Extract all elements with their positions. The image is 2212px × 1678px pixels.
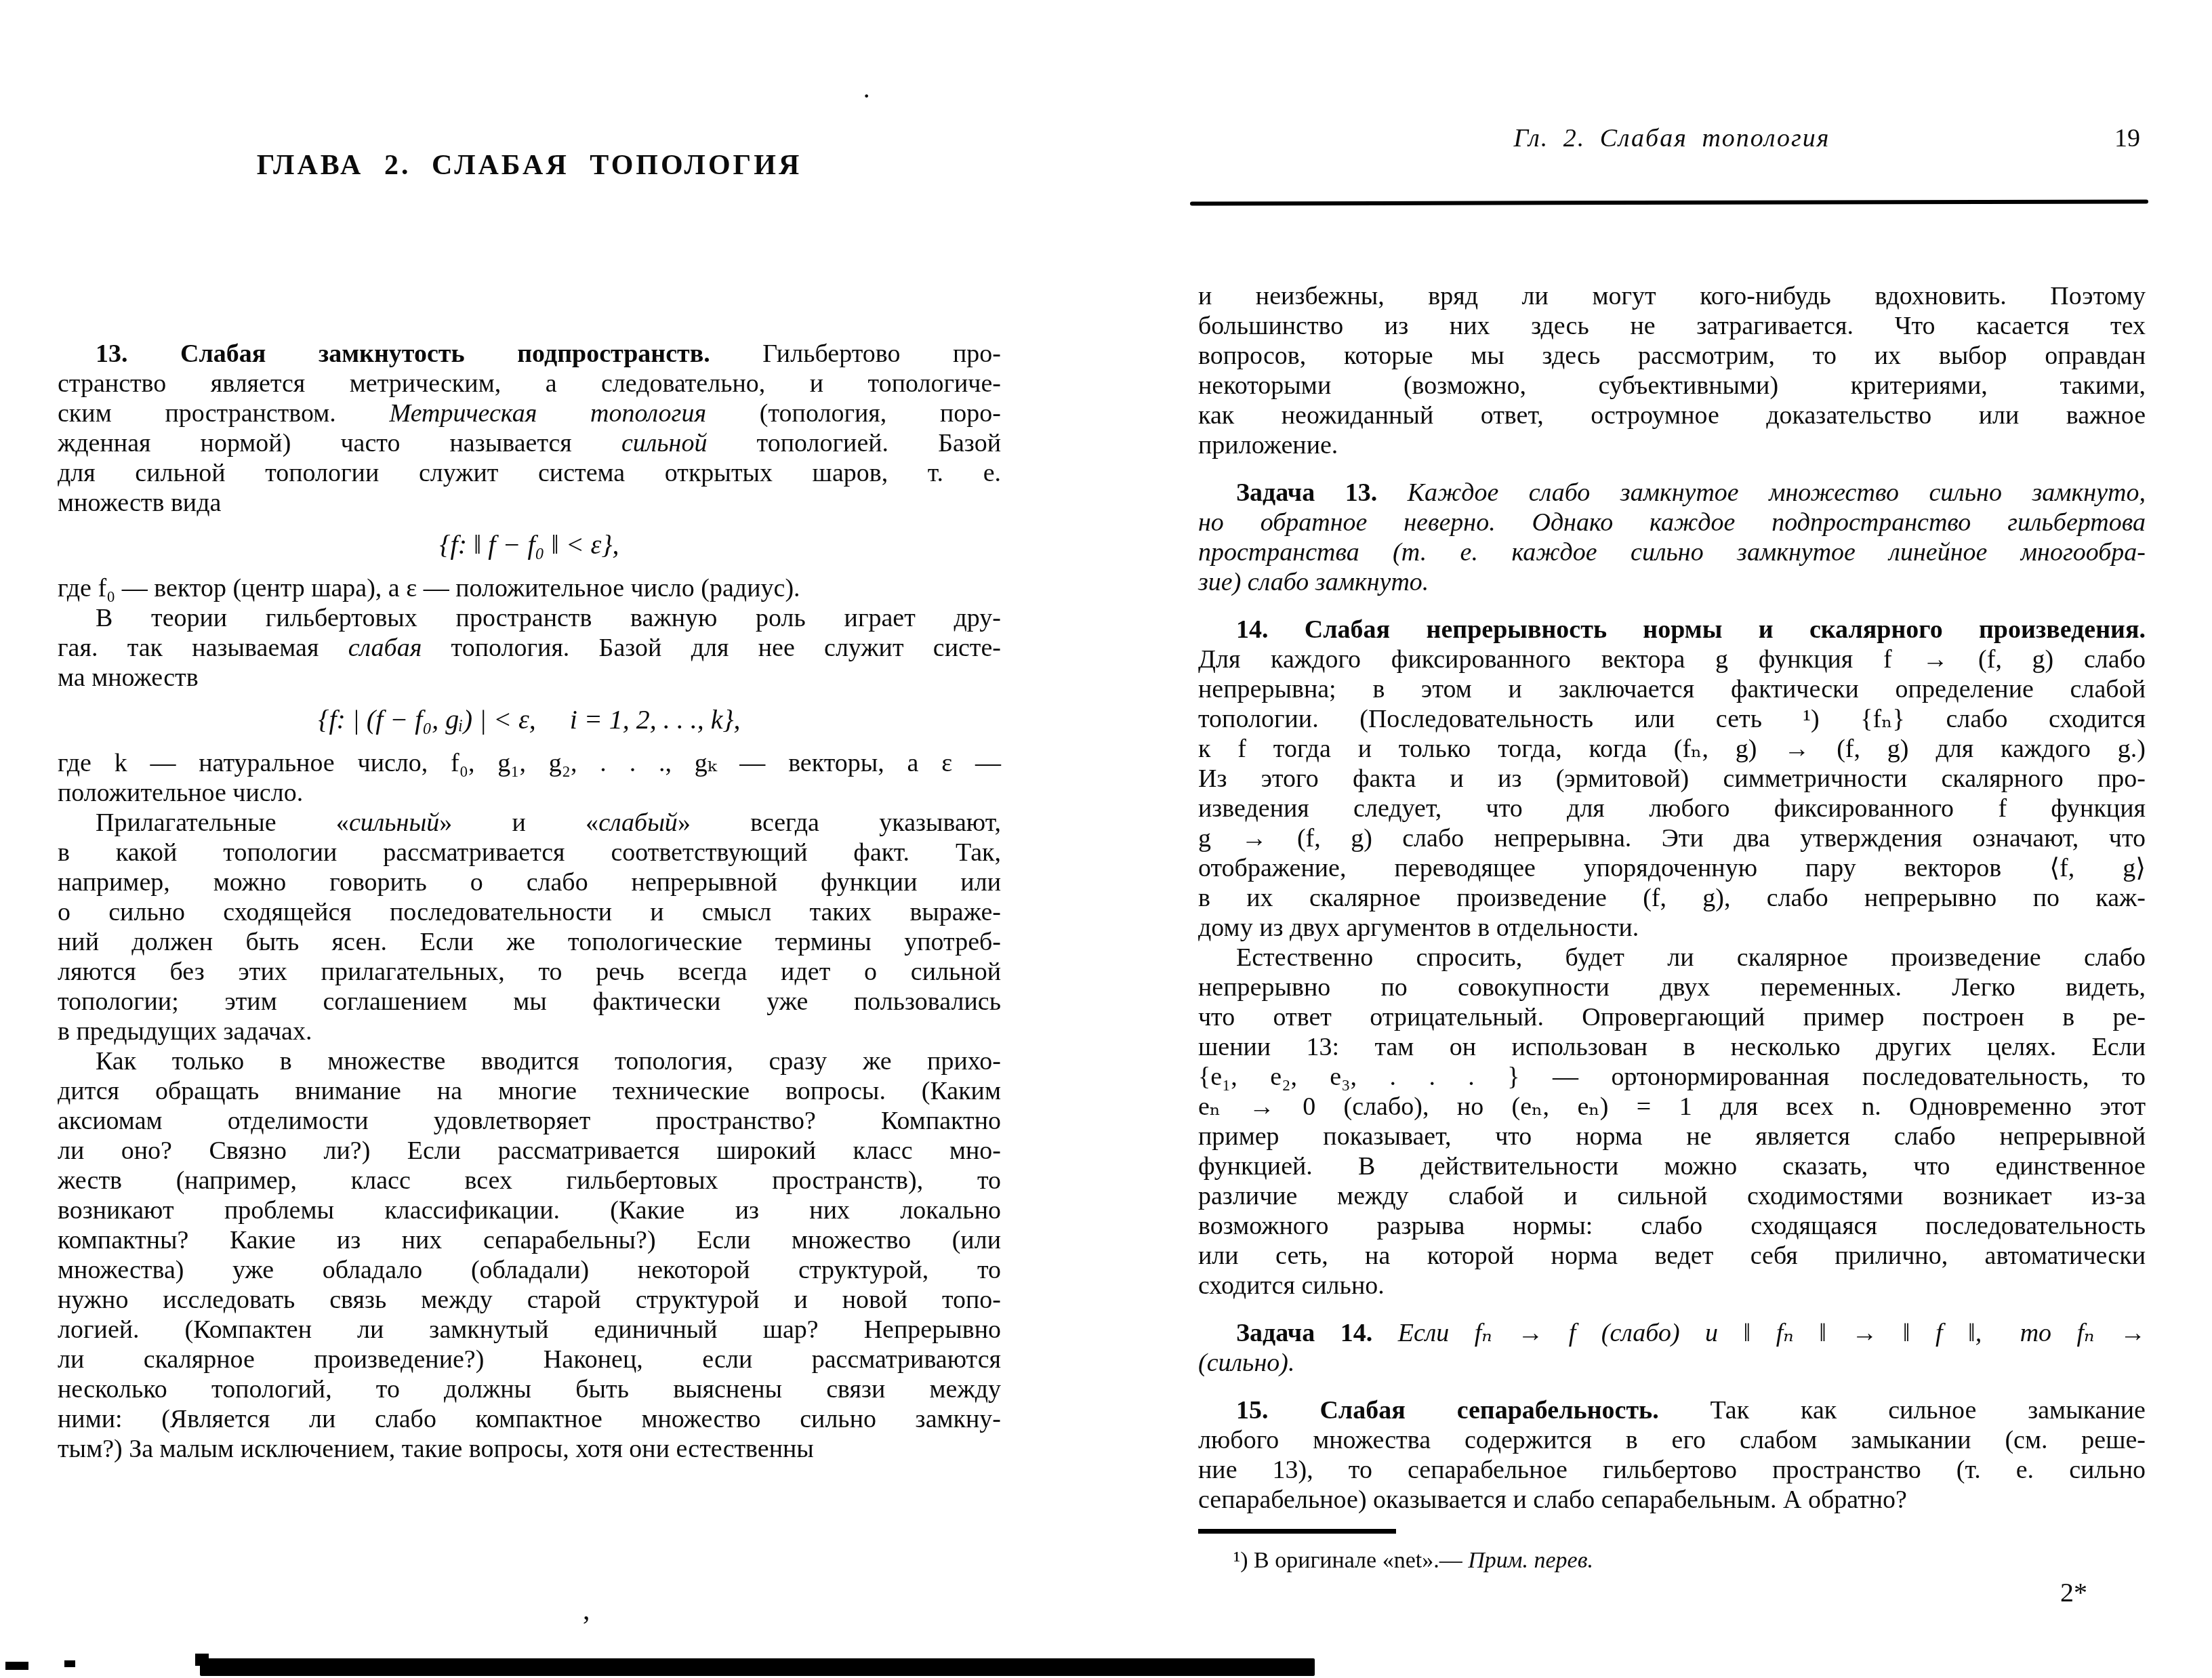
text-line: непрерывна; в этом и заключается фактиче… xyxy=(1198,674,2146,704)
scan-artifact-speck xyxy=(195,1654,209,1666)
text-line: ние 13), то сепарабельное гильбертово пр… xyxy=(1198,1455,2146,1485)
running-head-title: Гл. 2. Слабая топология xyxy=(1198,123,2146,153)
text-run: » всегда указывают, xyxy=(678,809,1001,837)
text-run: Метрическая топология xyxy=(390,399,707,428)
text-line: eₙ → 0 (слабо), но (eₙ, eₙ) = 1 для всех… xyxy=(1198,1092,2146,1122)
text-line: и неизбежны, вряд ли могут кого-нибудь в… xyxy=(1198,281,2146,311)
text-line: где f₀ — вектор (центр шара), а ε — поло… xyxy=(58,573,1001,603)
text-line: функцией. В действительности можно сказа… xyxy=(1198,1151,2146,1181)
text-run: сильной xyxy=(621,429,708,457)
text-line: изведения следует, что для любого фиксир… xyxy=(1198,794,2146,823)
text-line: ний должен быть ясен. Если же топологиче… xyxy=(58,927,1001,957)
book-spread: { "right_page_header": { "title": "Гл. 2… xyxy=(0,0,2212,1678)
text-run: Прилагательные « xyxy=(96,809,349,837)
text-line: Прилагательные «сильный» и «слабый» всег… xyxy=(58,808,1001,838)
text-run: зие) слабо замкнуто. xyxy=(1198,568,1429,596)
left-page: ГЛАВА 2. СЛАБАЯ ТОПОЛОГИЯ13. Слабая замк… xyxy=(58,0,1001,1464)
text-run: Если fₙ → f (слабо) и ‖ fₙ ‖ → ‖ f ‖, то… xyxy=(1372,1319,2146,1347)
text-line: пространства (т. е. каждое сильно замкну… xyxy=(1198,537,2146,567)
text-run: » и « xyxy=(439,809,598,837)
text-line: жеств (например, класс всех гильбертовых… xyxy=(58,1166,1001,1195)
text-line: шении 13: там он использован в несколько… xyxy=(1198,1032,2146,1062)
text-run: Гильбертово про- xyxy=(710,340,1001,368)
text-line: 15. Слабая сепарабельность. Так как силь… xyxy=(1198,1395,2146,1425)
text-line: сепарабельное) оказывается и слабо сепар… xyxy=(1198,1485,2146,1515)
text-run: 15. Слабая сепарабельность. xyxy=(1236,1396,1659,1425)
scan-artifact-speck xyxy=(64,1660,75,1667)
text-line: аксиомам отделимости удовлетворяет прост… xyxy=(58,1106,1001,1136)
text-line: для сильной топологии служит система отк… xyxy=(58,458,1001,488)
text-line: что ответ отрицательный. Опровергающий п… xyxy=(1198,1002,2146,1032)
text-run: слабая xyxy=(348,634,422,662)
paragraph-gap xyxy=(1198,1301,2146,1318)
text-run: но обратное неверно. Однако каждое подпр… xyxy=(1198,508,2146,537)
text-line: ма множеств xyxy=(58,663,1001,693)
right-page: и неизбежны, вряд ли могут кого-нибудь в… xyxy=(1198,281,2146,1515)
text-line: ским пространством. Метрическая топологи… xyxy=(58,398,1001,428)
text-line: зие) слабо замкнуто. xyxy=(1198,567,2146,597)
text-line: В теории гильбертовых пространств важную… xyxy=(58,603,1001,633)
running-head: Гл. 2. Слабая топология 19 xyxy=(1198,123,2146,157)
text-line: вопросов, которые мы здесь рассмотрим, т… xyxy=(1198,341,2146,371)
text-run: слабый xyxy=(598,809,678,837)
paragraph-gap xyxy=(1198,460,2146,478)
text-line: пример показывает, что норма не является… xyxy=(1198,1122,2146,1151)
text-line: множества) уже обладало (обладали) некот… xyxy=(58,1255,1001,1285)
text-line: Задача 13. Каждое слабо замкнутое множес… xyxy=(1198,478,2146,508)
scan-artifact-mark: · xyxy=(862,80,871,112)
math-formula: {f: | (f − f₀, gᵢ) | < ε, i = 1, 2, . . … xyxy=(58,699,1001,740)
text-run: Задача 14. xyxy=(1236,1319,1372,1347)
scan-artifact-bar xyxy=(200,1658,1315,1676)
text-line: где k — натуральное число, f₀, g₁, g₂, .… xyxy=(58,748,1001,778)
text-line: Задача 14. Если fₙ → f (слабо) и ‖ fₙ ‖ … xyxy=(1198,1318,2146,1348)
text-line: любого множества содержится в его слабом… xyxy=(1198,1425,2146,1455)
text-run: Задача 13. xyxy=(1236,478,1377,507)
text-line: отображение, переводящее упорядоченную п… xyxy=(1198,853,2146,883)
text-line: приложение. xyxy=(1198,430,2146,460)
text-line: сходится сильно. xyxy=(1198,1271,2146,1301)
text-run: пространства (т. е. каждое сильно замкну… xyxy=(1198,538,2146,567)
text-line: 14. Слабая непрерывность нормы и скалярн… xyxy=(1198,615,2146,644)
text-line: в их скалярное произведение (f, g), слаб… xyxy=(1198,883,2146,913)
scan-artifact-mark: , xyxy=(583,1594,590,1626)
text-run: 13. Слабая замкнутость подпространств. xyxy=(96,340,710,368)
running-head-rule xyxy=(1190,200,2148,206)
text-line: непрерывно по совокупности двух переменн… xyxy=(1198,973,2146,1002)
text-line: о сильно сходящейся последовательности и… xyxy=(58,897,1001,927)
text-line: 13. Слабая замкнутость подпространств. Г… xyxy=(58,339,1001,369)
text-line: ли скалярное произведение?) Наконец, есл… xyxy=(58,1345,1001,1374)
text-line: странство является метрическим, а следов… xyxy=(58,369,1001,398)
text-run: 14. Слабая непрерывность нормы и скалярн… xyxy=(1236,615,2146,644)
text-line: как неожиданный ответ, остроумное доказа… xyxy=(1198,401,2146,430)
footnote: ¹) В оригинале «net».— Прим. перев. xyxy=(1198,1547,2146,1575)
text-line: например, можно говорить о слабо непреры… xyxy=(58,867,1001,897)
page-number: 19 xyxy=(2114,123,2140,153)
text-line: положительное число. xyxy=(58,778,1001,808)
text-line: гая. так называемая слабая топология. Ба… xyxy=(58,633,1001,663)
text-run: (сильно). xyxy=(1198,1349,1294,1377)
text-line: логией. (Компактен ли замкнутый единичны… xyxy=(58,1315,1001,1345)
text-line: нужно исследовать связь между старой стр… xyxy=(58,1285,1001,1315)
text-line: или сеть, на которой норма ведет себя пр… xyxy=(1198,1241,2146,1271)
text-line: некоторыми (возможно, субъективными) кри… xyxy=(1198,371,2146,401)
text-line: большинство из них здесь не затрагиваетс… xyxy=(1198,311,2146,341)
text-line: в предыдущих задачах. xyxy=(58,1017,1001,1046)
footnote-rule xyxy=(1198,1529,1396,1534)
text-line: Из этого факта и из (эрмитовой) симметри… xyxy=(1198,764,2146,794)
text-line: {e₁, e₂, e₃, . . . } — ортонормированная… xyxy=(1198,1062,2146,1092)
text-run: Прим. перев. xyxy=(1468,1548,1593,1573)
scan-artifact-speck xyxy=(5,1662,28,1670)
text-line: жденная нормой) часто называется сильной… xyxy=(58,428,1001,458)
text-run: гая. так называемая xyxy=(58,634,348,662)
text-run: сильный xyxy=(349,809,439,837)
text-run: жденная нормой) часто называется xyxy=(58,429,621,457)
text-line: Для каждого фиксированного вектора g фун… xyxy=(1198,644,2146,674)
text-line: возникают проблемы классификации. (Какие… xyxy=(58,1195,1001,1225)
text-line: топологии. (Последовательность или сеть … xyxy=(1198,704,2146,734)
paragraph-gap xyxy=(1198,1378,2146,1395)
text-line: топологии; этим соглашением мы фактическ… xyxy=(58,987,1001,1017)
text-run: Так как сильное замыкание xyxy=(1659,1396,2146,1425)
paragraph-gap xyxy=(1198,597,2146,615)
text-line: дится обращать внимание на многие технич… xyxy=(58,1076,1001,1106)
text-line: компактны? Какие из них сепарабельны?) Е… xyxy=(58,1225,1001,1255)
text-line: к f тогда и только тогда, когда (fₙ, g) … xyxy=(1198,734,2146,764)
text-run: (топология, поро- xyxy=(706,399,1001,428)
text-line: дому из двух аргументов в отдельности. xyxy=(1198,913,2146,943)
text-run: топологией. Базой xyxy=(707,429,1001,457)
text-line: несколько топологий, то должны быть выяс… xyxy=(58,1374,1001,1404)
text-line: ли оно? Связно ли?) Если рассматривается… xyxy=(58,1136,1001,1166)
text-line: различие между слабой и сильной сходимос… xyxy=(1198,1181,2146,1211)
text-line: Как только в множестве вводится топологи… xyxy=(58,1046,1001,1076)
text-run: ¹) В оригинале «net».— xyxy=(1233,1548,1468,1573)
text-line: но обратное неверно. Однако каждое подпр… xyxy=(1198,508,2146,537)
text-line: в какой топологии рассматривается соотве… xyxy=(58,838,1001,867)
text-line: ляются без этих прилагательных, то речь … xyxy=(58,957,1001,987)
text-line: g → (f, g) слабо непрерывна. Эти два утв… xyxy=(1198,823,2146,853)
text-run: Каждое слабо замкнутое множество сильно … xyxy=(1377,478,2146,507)
text-line: Естественно спросить, будет ли скалярное… xyxy=(1198,943,2146,973)
text-line: тым?) За малым исключением, такие вопрос… xyxy=(58,1434,1001,1464)
chapter-title: ГЛАВА 2. СЛАБАЯ ТОПОЛОГИЯ xyxy=(58,149,1001,182)
text-line: множеств вида xyxy=(58,488,1001,518)
text-line: ними: (Является ли слабо компактное множ… xyxy=(58,1404,1001,1434)
text-run: топология. Базой для нее служит систе- xyxy=(422,634,1001,662)
text-line: (сильно). xyxy=(1198,1348,2146,1378)
text-run: ским пространством. xyxy=(58,399,390,428)
signature-mark: 2* xyxy=(2060,1576,2087,1608)
text-line: возможного разрыва нормы: слабо сходящая… xyxy=(1198,1211,2146,1241)
math-formula: {f: ‖ f − f₀ ‖ < ε}, xyxy=(58,525,1001,565)
